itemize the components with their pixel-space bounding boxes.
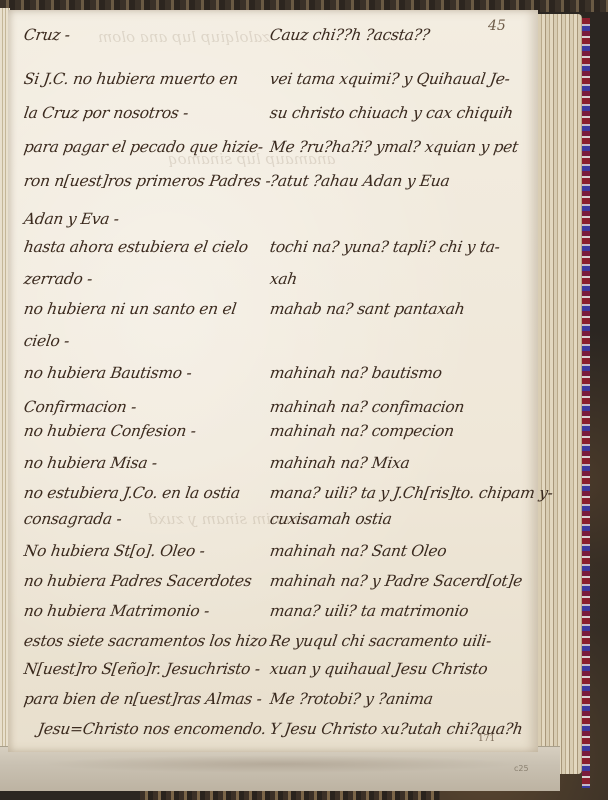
line-maya: xuan y quihaual Jesu Christo [269,660,489,678]
line-spanish: no hubiera Bautismo - [23,364,193,382]
line-maya: su christo chiuach y cax chiquih [269,104,514,122]
text-line: no hubiera ni un santo en el mahab na? s… [8,300,538,330]
line-maya: mana? uili? ta y J.Ch[ris]to. chipam y- [269,484,554,502]
line-spanish: N[uest]ro S[eño]r. Jesuchristo - [23,660,261,678]
line-maya: Re yuqul chi sacramento uili- [269,632,493,650]
text-line: Adan y Eva - [8,210,538,240]
footer-number: 171 [478,734,495,744]
line-spanish: Adan y Eva - [23,210,120,228]
line-spanish: Si J.C. no hubiera muerto en [23,70,239,88]
line-maya: mahinah na? compecion [269,422,455,440]
line-spanish: para bien de n[uest]ras Almas - [23,690,263,708]
line-maya: ?atut ?ahau Adan y Eua [269,172,451,190]
line-spanish: Jesu=Christo nos encomendo. [37,720,268,738]
text-line: cielo - [8,332,538,362]
line-spanish: no estubiera J.Co. en la ostia [23,484,241,502]
line-spanish: no hubiera Misa - [23,454,158,472]
heading-maya: Cauz chi??h ?acsta?? [269,26,431,44]
line-maya: vei tama xquimi? y Quihaual Je- [269,70,511,88]
text-line: no hubiera Matrimonio - mana? uili? ta m… [8,602,538,632]
heading-spanish: Cruz - [23,26,71,44]
line-maya: xah [269,270,299,288]
text-line: para bien de n[uest]ras Almas - Me ?roto… [8,690,538,720]
line-maya: Me ?rotobi? y ?anima [269,690,434,708]
line-maya: mahinah na? Mixa [269,454,411,472]
text-line: para pagar el pecado que hizie- Me ?ru?h… [8,138,538,168]
line-maya: mahinah na? Sant Oleo [269,542,448,560]
text-line: consagrada - cuxisamah ostia [8,510,538,540]
text-line: no hubiera Confesion - mahinah na? compe… [8,422,538,452]
manuscript-page: zalolqiup lup ana olom anamaup lup sinam… [8,10,538,752]
line-spanish: zerrado - [23,270,94,288]
text-line: estos siete sacramentos los hizo Re yuqu… [8,632,538,662]
line-maya: tochi na? yuna? tapli? chi y ta- [269,238,501,256]
line-maya: mahinah na? confimacion [269,398,466,416]
line-maya: Me ?ru?ha?i? ymal? xquian y pet [269,138,520,156]
text-line: no hubiera Bautismo - mahinah na? bautis… [8,364,538,394]
line-maya: mana? uili? ta matrimonio [269,602,470,620]
line-spanish: hasta ahora estubiera el cielo [23,238,249,256]
text-line: no hubiera Misa - mahinah na? Mixa [8,454,538,484]
line-spanish: no hubiera Padres Sacerdotes [23,572,253,590]
line-spanish: No hubiera St[o]. Oleo - [23,542,206,560]
line-spanish: no hubiera Matrimonio - [23,602,211,620]
text-line: la Cruz por nosotros - su christo chiuac… [8,104,538,134]
line-maya: mahinah na? bautismo [269,364,443,382]
heading-row: Cruz - Cauz chi??h ?acsta?? [8,26,538,56]
text-line: Jesu=Christo nos encomendo. Y Jesu Chris… [8,720,538,750]
text-line: hasta ahora estubiera el cielo tochi na?… [8,238,538,268]
marbled-edge [582,18,590,788]
line-maya: mahab na? sant pantaxah [269,300,466,318]
line-spanish: estos siete sacramentos los hizo [23,632,268,650]
text-line: No hubiera St[o]. Oleo - mahinah na? San… [8,542,538,572]
bottom-page-edges [0,746,560,791]
archive-stamp: c25 [514,764,529,773]
line-spanish: consagrada - [23,510,123,528]
text-line: N[uest]ro S[eño]r. Jesuchristo - xuan y … [8,660,538,690]
line-spanish: la Cruz por nosotros - [23,104,190,122]
text-line: zerrado - xah [8,270,538,300]
line-spanish: Confirmacion - [23,398,138,416]
line-spanish: no hubiera Confesion - [23,422,197,440]
text-line: no hubiera Padres Sacerdotes mahinah na?… [8,572,538,602]
line-spanish: no hubiera ni un santo en el [23,300,238,318]
text-line: ron n[uest]ros primeros Padres - ?atut ?… [8,172,538,202]
line-spanish: para pagar el pecado que hizie- [23,138,264,156]
line-maya: cuxisamah ostia [269,510,393,528]
line-spanish: cielo - [23,332,71,350]
line-spanish: ron n[uest]ros primeros Padres - [23,172,272,190]
text-line: Si J.C. no hubiera muerto en vei tama xq… [8,70,538,100]
line-maya: mahinah na? y Padre Sacerd[ot]e [269,572,524,590]
